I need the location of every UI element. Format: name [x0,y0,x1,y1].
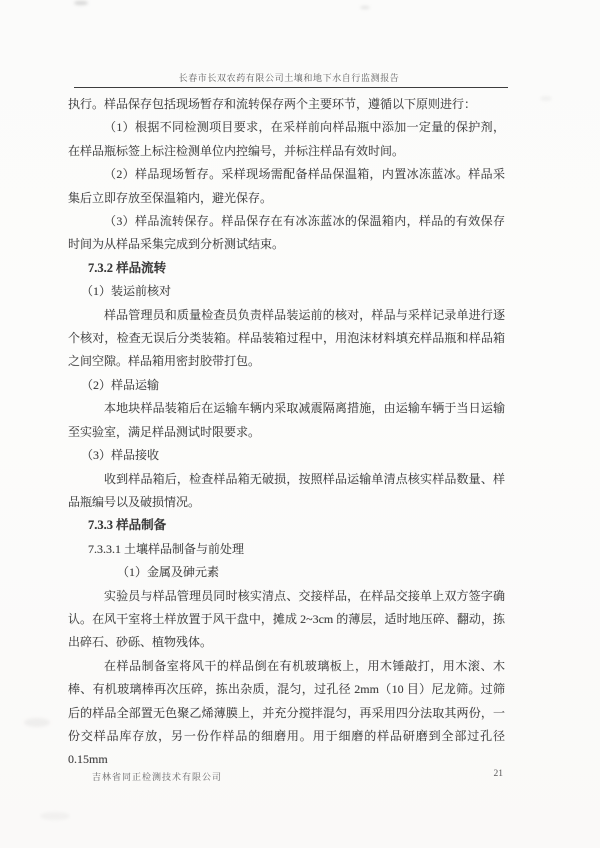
scan-artifact [40,812,70,820]
paragraph-airdry: 实验员与样品管理员同时核实清点、交接样品，在样品交接单上双方签字确认。在风干室将… [68,585,505,655]
paragraph-transport: 本地块样品装箱后在运输车辆内采取减震隔离措施，由运输车辆于当日运输至实验室，满足… [68,397,505,444]
paragraph-receive: 收到样品箱后，检查样品箱无破损，按照样品运输单清点核实样品数量、样品瓶编号以及破… [68,468,505,515]
section-heading-7-3-2: 7.3.2 样品流转 [68,257,505,280]
list-item-check: （1）装运前核对 [68,280,505,303]
scan-artifact [24,718,50,727]
page-number: 21 [494,769,504,779]
paragraph-item-1: （1）根据不同检测项目要求，在采样前向样品瓶中添加一定量的保护剂，在样品瓶标签上… [68,116,505,163]
list-item-receive: （3）样品接收 [68,444,505,467]
footer-company: 吉林省同正检测技术有限公司 [92,770,222,783]
paragraph-preparation: 在样品制备室将风干的样品倒在有机玻璃板上，用木锤敲打，用木滚、木棒、有机玻璃棒再… [68,655,505,772]
section-heading-7-3-3: 7.3.3 样品制备 [68,514,505,537]
subsection-heading-7-3-3-1: 7.3.3.1 土壤样品制备与前处理 [68,538,505,561]
paragraph-check: 样品管理员和质量检查员负责样品装运前的核对，样品与采样记录单进行逐个核对，检查无… [68,304,505,374]
scan-artifact [74,1,88,5]
list-item-transport: （2）样品运输 [68,374,505,397]
list-item-metals: （1）金属及砷元素 [68,561,505,584]
paragraph-item-3: （3）样品流转保存。样品保存在有冰冻蓝冰的保温箱内，样品的有效保存时间为从样品采… [68,210,505,257]
document-page: 长春市长双农药有限公司土壤和地下水自行监测报告 执行。样品保存包括现场暂存和流转… [0,0,600,848]
document-body: 执行。样品保存包括现场暂存和流转保存两个主要环节，遵循以下原则进行： （1）根据… [68,93,505,772]
header-rule [74,87,508,88]
paragraph-continuation: 执行。样品保存包括现场暂存和流转保存两个主要环节，遵循以下原则进行： [68,93,505,116]
scan-artifact [540,96,552,101]
paragraph-item-2: （2）样品现场暂存。采样现场需配备样品保温箱，内置冰冻蓝冰。样品采集后立即存放至… [68,163,505,210]
scan-artifact [360,6,370,9]
running-header-title: 长春市长双农药有限公司土壤和地下水自行监测报告 [70,71,508,84]
